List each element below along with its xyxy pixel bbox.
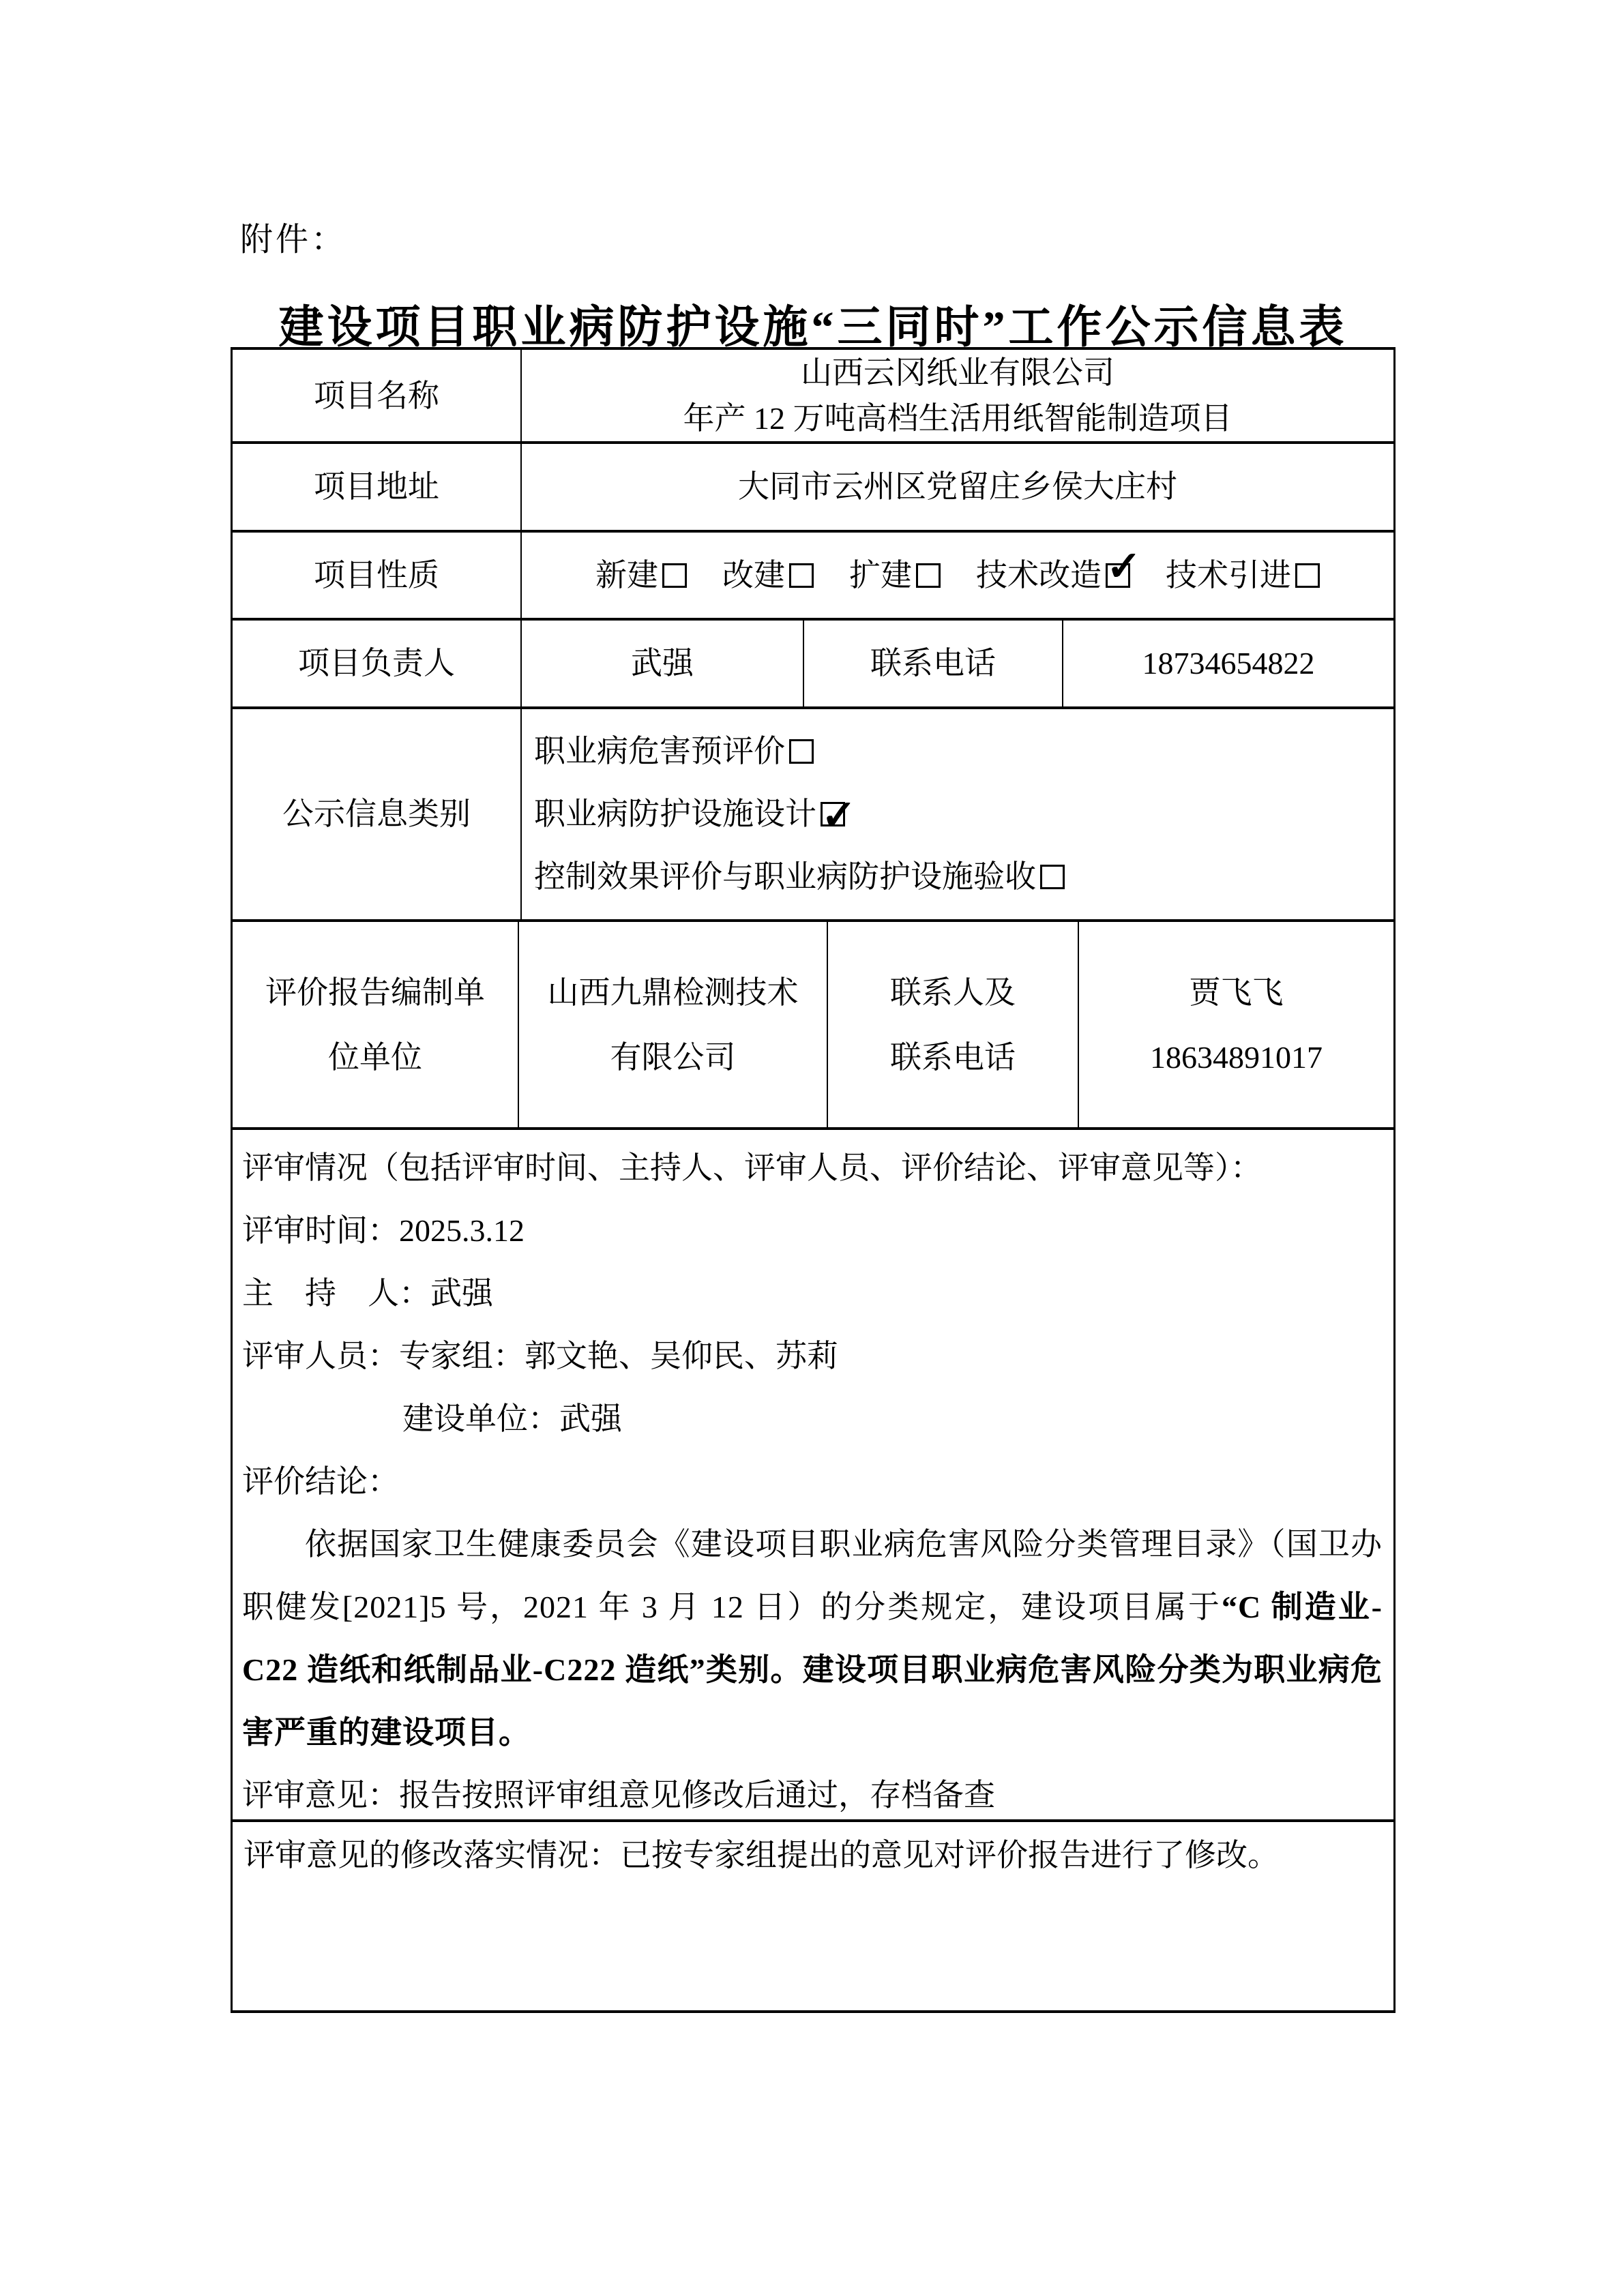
- report-unit-contact-label-line2: 联系电话: [890, 1025, 1016, 1090]
- document-page: 附件： 建设项目职业病防护设施“三同时”工作公示信息表 项目名称 山西云冈纸业有…: [0, 0, 1624, 2296]
- checkbox-unchecked-icon: [662, 563, 687, 588]
- report-unit-contact-label: 联系人及 联系电话: [827, 922, 1078, 1127]
- table-row-project-name: 项目名称 山西云冈纸业有限公司 年产 12 万吨高档生活用纸智能制造项目: [233, 350, 1393, 444]
- publicity-type-label: 公示信息类别: [233, 709, 520, 919]
- report-unit-label: 评价报告编制单 位单位: [233, 922, 518, 1127]
- checkbox-unchecked-icon: [789, 563, 814, 588]
- nature-option-tech-import-label: 技术引进: [1166, 558, 1291, 593]
- nature-option-new-label: 新建: [595, 558, 658, 593]
- table-row-review: 评审情况（包括评审时间、主持人、评审人员、评价结论、评审意见等）： 评审时间：2…: [233, 1130, 1393, 1822]
- table-row-publicity-type: 公示信息类别 职业病危害预评价 职业病防护设施设计 控制效果评价与职业病防护设施…: [233, 709, 1393, 922]
- project-name-project-line: 年产 12 万吨高档生活用纸智能制造项目: [683, 396, 1232, 441]
- table-row-project-address: 项目地址 大同市云州区党留庄乡侯大庄村: [233, 444, 1393, 533]
- review-conclusion-label: 评价结论：: [242, 1450, 1383, 1513]
- report-unit-company-line1: 山西九鼎检测技术: [548, 960, 799, 1025]
- report-unit-contact-value: 贾飞飞 18634891017: [1078, 922, 1393, 1127]
- review-reviewers-construction-unit: 建设单位：武强: [242, 1388, 1383, 1450]
- project-address-label: 项目地址: [233, 444, 520, 530]
- nature-option-tech-transform: 技术改造: [976, 554, 1130, 597]
- review-conclusion-paragraph: 依据国家卫生健康委员会《建设项目职业病危害风险分类管理目录》（国卫办职健发[20…: [242, 1513, 1383, 1764]
- project-name-company-line: 山西云冈纸业有限公司: [801, 350, 1114, 396]
- checkbox-checked-icon: [821, 802, 845, 826]
- implementation-text: 评审意见的修改落实情况：已按专家组提出的意见对评价报告进行了修改。: [233, 1822, 1393, 2010]
- review-opinion: 评审意见：报告按照评审组意见修改后通过，存档备查: [242, 1764, 1383, 1827]
- report-unit-contact-phone: 18634891017: [1150, 1025, 1323, 1090]
- nature-option-rebuild-label: 改建: [722, 558, 785, 593]
- publicity-item-acceptance: 控制效果评价与职业病防护设施验收: [534, 846, 1065, 908]
- checkbox-unchecked-icon: [916, 563, 941, 588]
- publicity-item-facility-design: 职业病防护设施设计: [534, 783, 845, 846]
- checkbox-checked-icon: [1106, 563, 1130, 588]
- page-title: 建设项目职业病防护设施“三同时”工作公示信息表: [231, 290, 1396, 355]
- project-leader-name: 武强: [520, 621, 803, 706]
- publicity-item-pre-evaluation: 职业病危害预评价: [534, 720, 814, 783]
- attachment-label: 附件：: [240, 220, 346, 260]
- project-leader-label: 项目负责人: [233, 621, 520, 706]
- review-conclusion-regular-text: 依据国家卫生健康委员会《建设项目职业病危害风险分类管理目录》（国卫办职健发[20…: [242, 1527, 1383, 1624]
- project-leader-phone-label: 联系电话: [803, 621, 1062, 706]
- review-host: 主 持 人：武强: [242, 1262, 1383, 1325]
- review-header: 评审情况（包括评审时间、主持人、评审人员、评价结论、评审意见等）：: [242, 1137, 1383, 1199]
- report-unit-company: 山西九鼎检测技术 有限公司: [518, 922, 827, 1127]
- nature-option-tech-transform-label: 技术改造: [976, 558, 1102, 593]
- publicity-item-acceptance-label: 控制效果评价与职业病防护设施验收: [534, 859, 1036, 894]
- table-row-report-unit: 评价报告编制单 位单位 山西九鼎检测技术 有限公司 联系人及 联系电话 贾飞飞 …: [233, 922, 1393, 1130]
- review-reviewers: 评审人员：专家组：郭文艳、吴仰民、苏莉: [242, 1325, 1383, 1388]
- report-unit-company-line2: 有限公司: [610, 1025, 736, 1090]
- project-nature-label: 项目性质: [233, 533, 520, 618]
- nature-option-expand-label: 扩建: [849, 558, 912, 593]
- review-time: 评审时间：2025.3.12: [242, 1199, 1383, 1262]
- project-nature-options: 新建 改建 扩建 技术改造 技术引进: [520, 533, 1393, 618]
- nature-option-rebuild: 改建: [722, 554, 814, 597]
- nature-option-tech-import: 技术引进: [1166, 554, 1320, 597]
- project-name-label: 项目名称: [233, 350, 520, 441]
- report-unit-label-line2: 位单位: [328, 1025, 422, 1090]
- nature-option-expand: 扩建: [849, 554, 941, 597]
- table-row-project-leader: 项目负责人 武强 联系电话 18734654822: [233, 621, 1393, 709]
- publicity-type-items: 职业病危害预评价 职业病防护设施设计 控制效果评价与职业病防护设施验收: [520, 709, 1393, 919]
- checkbox-unchecked-icon: [789, 739, 814, 764]
- publicity-item-pre-evaluation-label: 职业病危害预评价: [534, 734, 785, 769]
- review-section: 评审情况（包括评审时间、主持人、评审人员、评价结论、评审意见等）： 评审时间：2…: [233, 1130, 1393, 1819]
- publicity-item-facility-design-label: 职业病防护设施设计: [534, 796, 816, 831]
- report-unit-contact-label-line1: 联系人及: [890, 960, 1016, 1025]
- project-name-value: 山西云冈纸业有限公司 年产 12 万吨高档生活用纸智能制造项目: [520, 350, 1393, 441]
- project-address-value: 大同市云州区党留庄乡侯大庄村: [520, 444, 1393, 530]
- report-unit-label-line1: 评价报告编制单: [265, 960, 485, 1025]
- nature-option-new: 新建: [595, 554, 687, 597]
- project-leader-phone: 18734654822: [1062, 621, 1393, 706]
- table-row-project-nature: 项目性质 新建 改建 扩建 技术改造 技术引进: [233, 533, 1393, 621]
- report-unit-contact-name: 贾飞飞: [1190, 960, 1284, 1025]
- checkbox-unchecked-icon: [1295, 563, 1320, 588]
- table-row-implementation: 评审意见的修改落实情况：已按专家组提出的意见对评价报告进行了修改。: [233, 1822, 1393, 2010]
- checkbox-unchecked-icon: [1040, 865, 1065, 889]
- info-table: 项目名称 山西云冈纸业有限公司 年产 12 万吨高档生活用纸智能制造项目 项目地…: [231, 347, 1396, 2013]
